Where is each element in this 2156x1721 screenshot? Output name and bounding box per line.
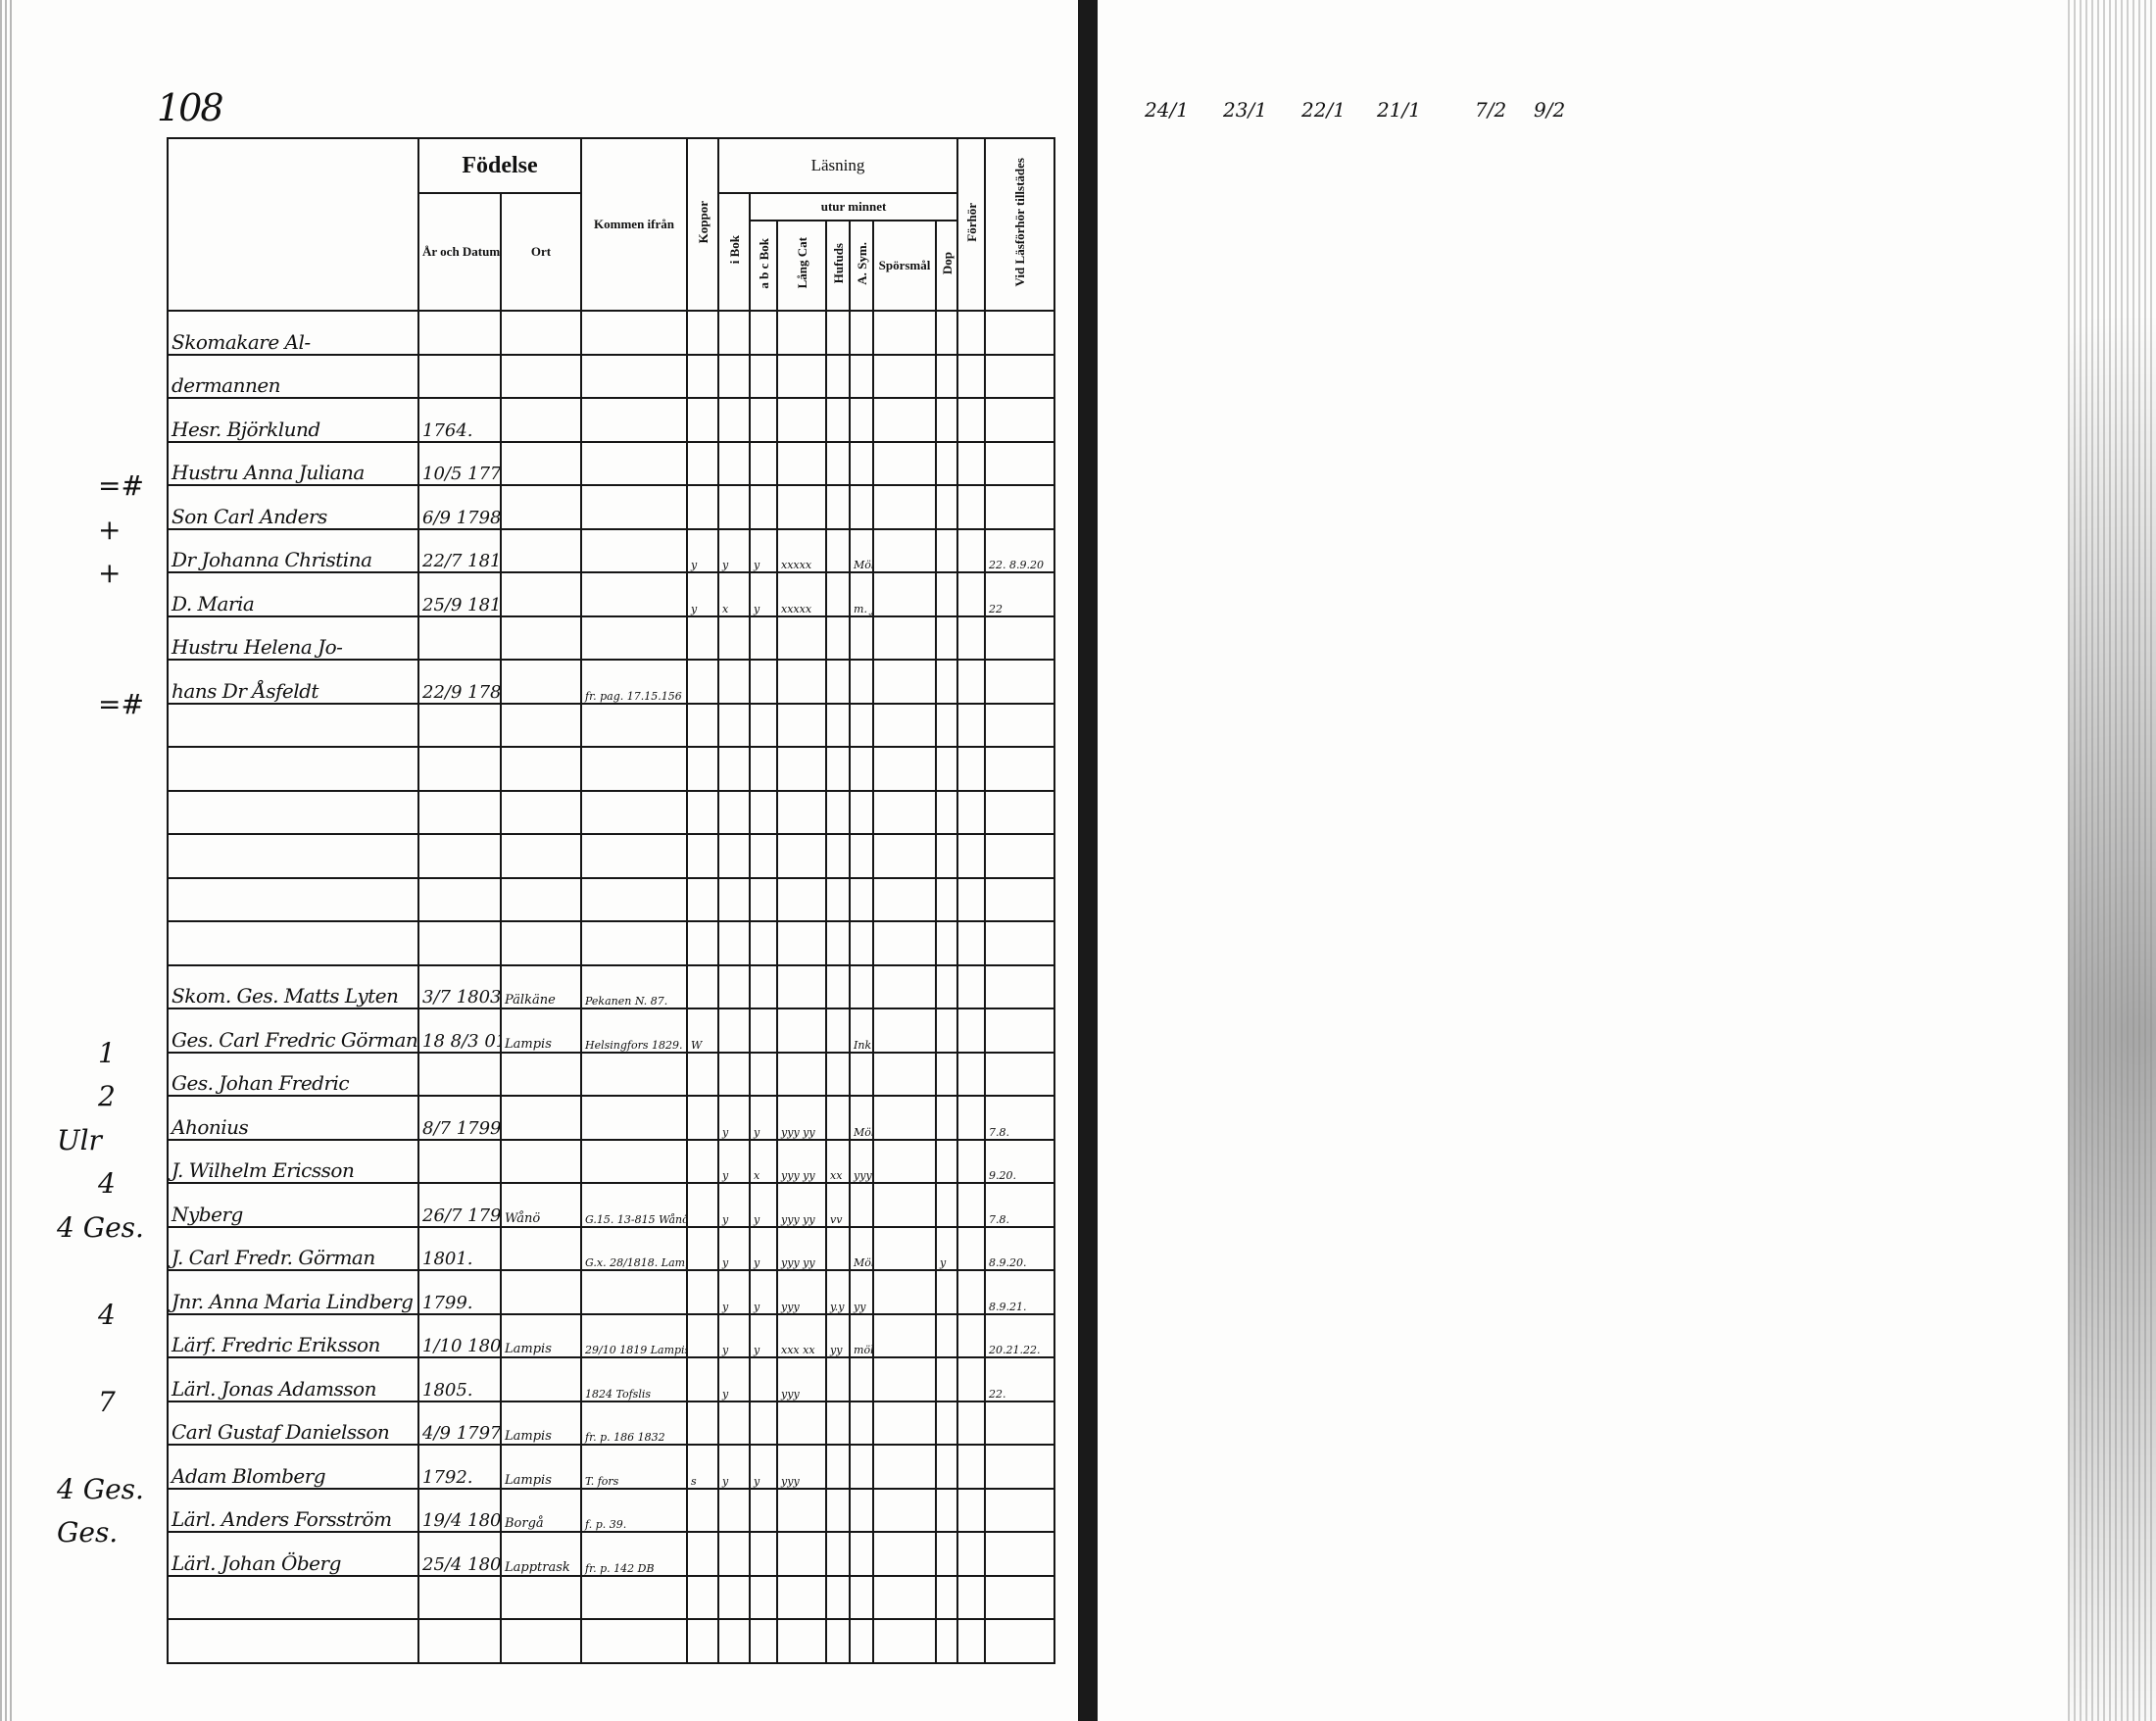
- reading-mark: xxxxx: [777, 572, 826, 616]
- reading-mark: [936, 1008, 957, 1053]
- reading-mark: [777, 311, 826, 355]
- reading-mark: [936, 1096, 957, 1140]
- examination-years: [985, 311, 1054, 355]
- reading-mark: [687, 355, 718, 399]
- reading-mark: y: [718, 1445, 750, 1489]
- reading-mark: [873, 791, 936, 835]
- reading-mark: [718, 791, 750, 835]
- table-row: Ahonius8/7 1799.yyyyy yyMöller c Kap. 77…: [168, 1096, 1054, 1140]
- reading-mark: [750, 965, 777, 1009]
- examination-years: [985, 1532, 1054, 1576]
- reading-mark: [687, 311, 718, 355]
- person-name: Hustru Helena Jo-: [168, 616, 418, 661]
- came-from: [581, 1270, 687, 1314]
- reading-mark: [777, 1008, 826, 1053]
- reading-mark: [826, 442, 850, 486]
- reading-mark: [936, 921, 957, 965]
- reading-mark: [750, 355, 777, 399]
- reading-mark: [750, 660, 777, 704]
- reading-mark: Möller c Kap. 7: [850, 1096, 873, 1140]
- reading-mark: [750, 834, 777, 878]
- reading-mark: [718, 921, 750, 965]
- reading-mark: y: [750, 1183, 777, 1227]
- reading-mark: [826, 1357, 850, 1401]
- reading-mark: vv: [826, 1183, 850, 1227]
- reading-mark: [826, 529, 850, 573]
- came-from: [581, 1619, 687, 1663]
- came-from: [581, 791, 687, 835]
- examination-years: [985, 616, 1054, 661]
- reading-mark: [957, 704, 985, 748]
- table-row: [168, 1619, 1054, 1663]
- reading-mark: [957, 1183, 985, 1227]
- reading-mark: [777, 1489, 826, 1533]
- reading-mark: y: [750, 1314, 777, 1358]
- header-utur-minnet: utur minnet: [750, 193, 957, 221]
- table-row: Hesr. Björklund1764.: [168, 398, 1054, 442]
- came-from: [581, 1053, 687, 1097]
- reading-mark: [936, 529, 957, 573]
- reading-mark: yyy yy: [777, 1140, 826, 1184]
- reading-mark: yy: [850, 1270, 873, 1314]
- reading-mark: [826, 355, 850, 399]
- reading-mark: xxx xx: [777, 1314, 826, 1358]
- birth-date: [418, 616, 501, 661]
- reading-mark: yyy yy: [777, 1183, 826, 1227]
- reading-mark: [873, 834, 936, 878]
- reading-mark: [936, 834, 957, 878]
- reading-mark: [777, 1576, 826, 1620]
- reading-mark: [826, 1576, 850, 1620]
- reading-mark: [718, 1576, 750, 1620]
- reading-mark: [687, 704, 718, 748]
- came-from: T. fors: [581, 1445, 687, 1489]
- birth-place: Pälkäne: [501, 965, 581, 1009]
- examination-years: 8.9.20.: [985, 1227, 1054, 1271]
- reading-mark: y: [718, 529, 750, 573]
- reading-mark: [718, 878, 750, 922]
- header-i-bok: i Bok: [718, 193, 750, 311]
- examination-years: 7.8.: [985, 1183, 1054, 1227]
- reading-mark: [936, 1053, 957, 1097]
- reading-mark: [750, 1576, 777, 1620]
- birth-place: [501, 791, 581, 835]
- reading-mark: [687, 965, 718, 1009]
- birth-place: [501, 442, 581, 486]
- birth-date: [418, 834, 501, 878]
- birth-date: 25/4 1805.: [418, 1532, 501, 1576]
- reading-mark: [718, 747, 750, 791]
- birth-place: Lampis: [501, 1445, 581, 1489]
- birth-place: [501, 1270, 581, 1314]
- page-number: 108: [157, 86, 222, 129]
- header-ort: Ort: [501, 193, 581, 311]
- person-name: [168, 1576, 418, 1620]
- reading-mark: [687, 878, 718, 922]
- reading-mark: y: [750, 529, 777, 573]
- reading-mark: [850, 398, 873, 442]
- reading-mark: [687, 1619, 718, 1663]
- examination-years: [985, 355, 1054, 399]
- reading-mark: [936, 965, 957, 1009]
- reading-mark: [750, 1619, 777, 1663]
- reading-mark: [826, 660, 850, 704]
- came-from: [581, 834, 687, 878]
- reading-mark: [850, 616, 873, 661]
- birth-place: Borgå: [501, 1489, 581, 1533]
- examination-years: [985, 747, 1054, 791]
- margin-annotation: 4: [98, 1167, 116, 1200]
- reading-mark: [873, 965, 936, 1009]
- birth-place: Wånö: [501, 1183, 581, 1227]
- reading-mark: [957, 1619, 985, 1663]
- reading-mark: [850, 1489, 873, 1533]
- reading-mark: y: [687, 529, 718, 573]
- reading-mark: [850, 1183, 873, 1227]
- reading-mark: [826, 1096, 850, 1140]
- birth-date: 18 8/3 01.: [418, 1008, 501, 1053]
- margin-annotation: Ulr: [57, 1124, 102, 1156]
- person-name: Skomakare Al-: [168, 311, 418, 355]
- reading-mark: [936, 791, 957, 835]
- examination-years: 22: [985, 572, 1054, 616]
- reading-mark: [957, 660, 985, 704]
- reading-mark: y: [750, 1227, 777, 1271]
- reading-mark: y: [750, 1096, 777, 1140]
- reading-mark: [718, 1008, 750, 1053]
- birth-place: Lampis: [501, 1008, 581, 1053]
- birth-place: [501, 398, 581, 442]
- reading-mark: [850, 834, 873, 878]
- table-row: Lärl. Anders Forsström19/4 1805.Borgåf. …: [168, 1489, 1054, 1533]
- reading-mark: [957, 747, 985, 791]
- reading-mark: [957, 1401, 985, 1446]
- reading-mark: [777, 834, 826, 878]
- reading-mark: [687, 921, 718, 965]
- reading-mark: [750, 1357, 777, 1401]
- examination-years: [985, 1401, 1054, 1446]
- reading-mark: [850, 1357, 873, 1401]
- reading-mark: [873, 398, 936, 442]
- reading-mark: [777, 1619, 826, 1663]
- birth-place: Lampis: [501, 1401, 581, 1446]
- reading-mark: [687, 1576, 718, 1620]
- reading-mark: [957, 791, 985, 835]
- reading-mark: W: [687, 1008, 718, 1053]
- reading-mark: yyy: [777, 1357, 826, 1401]
- reading-mark: [826, 1053, 850, 1097]
- birth-place: [501, 878, 581, 922]
- reading-mark: [936, 1314, 957, 1358]
- reading-mark: [957, 616, 985, 661]
- reading-mark: [936, 878, 957, 922]
- came-from: [581, 442, 687, 486]
- came-from: fr. p. 186 1832: [581, 1401, 687, 1446]
- reading-mark: [873, 1227, 936, 1271]
- reading-mark: [850, 965, 873, 1009]
- birth-place: [501, 660, 581, 704]
- table-row: Son Carl Anders6/9 1798.: [168, 485, 1054, 529]
- reading-mark: [873, 660, 936, 704]
- reading-mark: [750, 485, 777, 529]
- person-name: hans Dr Åsfeldt: [168, 660, 418, 704]
- person-name: Ahonius: [168, 1096, 418, 1140]
- examination-years: [985, 1619, 1054, 1663]
- reading-mark: [687, 1053, 718, 1097]
- communion-date-note: 23/1: [1223, 98, 1267, 122]
- reading-mark: [777, 355, 826, 399]
- reading-mark: [718, 616, 750, 661]
- margin-annotation: =#: [98, 688, 144, 720]
- reading-mark: [850, 1445, 873, 1489]
- reading-mark: Möller: [850, 529, 873, 573]
- reading-mark: [873, 1619, 936, 1663]
- reading-mark: [873, 1445, 936, 1489]
- person-name: [168, 834, 418, 878]
- reading-mark: y: [718, 1096, 750, 1140]
- reading-mark: [873, 311, 936, 355]
- person-name: Jnr. Anna Maria Lindberg: [168, 1270, 418, 1314]
- reading-mark: [826, 1619, 850, 1663]
- reading-mark: [873, 1096, 936, 1140]
- reading-mark: [826, 834, 850, 878]
- reading-mark: [750, 921, 777, 965]
- reading-mark: [873, 1270, 936, 1314]
- reading-mark: [718, 1619, 750, 1663]
- reading-mark: [718, 834, 750, 878]
- reading-mark: [936, 616, 957, 661]
- reading-mark: [873, 442, 936, 486]
- reading-mark: [936, 1140, 957, 1184]
- reading-mark: [957, 529, 985, 573]
- reading-mark: [936, 311, 957, 355]
- left-table-header: Födelse Kommen ifrån Koppor Läsning Förh…: [168, 138, 1054, 311]
- table-row: Lärl. Jonas Adamsson1805.1824 Tofslisyyy…: [168, 1357, 1054, 1401]
- communion-date-note: 24/1: [1145, 98, 1189, 122]
- scan-edge-left: [0, 0, 14, 1721]
- reading-mark: [750, 1008, 777, 1053]
- reading-mark: y: [718, 1227, 750, 1271]
- birth-place: [501, 311, 581, 355]
- reading-mark: [718, 1053, 750, 1097]
- reading-mark: [718, 1532, 750, 1576]
- came-from: [581, 572, 687, 616]
- reading-mark: [826, 921, 850, 965]
- reading-mark: [957, 878, 985, 922]
- reading-mark: [777, 704, 826, 748]
- came-from: [581, 355, 687, 399]
- person-name: Lärf. Fredric Eriksson: [168, 1314, 418, 1358]
- reading-mark: [826, 1445, 850, 1489]
- reading-mark: [873, 1140, 936, 1184]
- table-row: Dr Johanna Christina22/7 1810.yyyxxxxxMö…: [168, 529, 1054, 573]
- examination-years: 9.20.: [985, 1140, 1054, 1184]
- table-row: [168, 704, 1054, 748]
- birth-date: [418, 704, 501, 748]
- examination-years: [985, 442, 1054, 486]
- header-lang-cat: Lång Cat: [777, 221, 826, 311]
- table-row: [168, 1576, 1054, 1620]
- reading-mark: [957, 1489, 985, 1533]
- reading-mark: [873, 616, 936, 661]
- reading-mark: [936, 355, 957, 399]
- reading-mark: [750, 791, 777, 835]
- reading-mark: [750, 1489, 777, 1533]
- reading-mark: [936, 1357, 957, 1401]
- header-forhor: Förhör: [957, 138, 985, 311]
- reading-mark: [777, 878, 826, 922]
- header-kommen-ifran: Kommen ifrån: [581, 138, 687, 311]
- birth-date: [418, 878, 501, 922]
- reading-mark: [826, 311, 850, 355]
- reading-mark: [687, 1357, 718, 1401]
- margin-annotation: 4: [98, 1299, 116, 1331]
- reading-mark: [850, 355, 873, 399]
- examination-years: [985, 965, 1054, 1009]
- reading-mark: y: [687, 572, 718, 616]
- birth-date: [418, 1576, 501, 1620]
- birth-place: [501, 572, 581, 616]
- reading-mark: [957, 398, 985, 442]
- reading-mark: [957, 1576, 985, 1620]
- reading-mark: [850, 311, 873, 355]
- reading-mark: [936, 1619, 957, 1663]
- reading-mark: [957, 834, 985, 878]
- reading-mark: [936, 1401, 957, 1446]
- reading-mark: [826, 747, 850, 791]
- reading-mark: [873, 572, 936, 616]
- reading-mark: y: [718, 1357, 750, 1401]
- header-sporsmal: Spörsmål: [873, 221, 936, 311]
- reading-mark: [936, 1445, 957, 1489]
- birth-date: [418, 1053, 501, 1097]
- came-from: [581, 616, 687, 661]
- reading-mark: [850, 921, 873, 965]
- came-from: G.15. 13-815 Wånö: [581, 1183, 687, 1227]
- reading-mark: m. Jean x: [850, 572, 873, 616]
- reading-mark: [750, 1532, 777, 1576]
- table-row: Adam Blomberg1792.LampisT. forssyyyyy: [168, 1445, 1054, 1489]
- reading-mark: [687, 1314, 718, 1358]
- came-from: fr. pag. 17.15.156: [581, 660, 687, 704]
- person-name: D. Maria: [168, 572, 418, 616]
- birth-date: [418, 921, 501, 965]
- reading-mark: [777, 965, 826, 1009]
- reading-mark: [873, 747, 936, 791]
- reading-mark: [957, 921, 985, 965]
- reading-mark: x: [750, 1140, 777, 1184]
- birth-place: [501, 1227, 581, 1271]
- reading-mark: [750, 1053, 777, 1097]
- header-vid-lasforhor: Vid Läsförhör tillstädes: [985, 138, 1054, 311]
- reading-mark: [957, 1445, 985, 1489]
- birth-date: 4/9 1797.: [418, 1401, 501, 1446]
- reading-mark: y: [718, 1183, 750, 1227]
- reading-mark: yy: [826, 1314, 850, 1358]
- birth-date: 1764.: [418, 398, 501, 442]
- came-from: [581, 921, 687, 965]
- person-name: [168, 921, 418, 965]
- person-name: Lärl. Jonas Adamsson: [168, 1357, 418, 1401]
- reading-mark: [850, 1619, 873, 1663]
- came-from: Pekanen N. 87.: [581, 965, 687, 1009]
- reading-mark: [957, 1314, 985, 1358]
- person-name: Hesr. Björklund: [168, 398, 418, 442]
- reading-mark: [957, 965, 985, 1009]
- person-name: Ges. Johan Fredric: [168, 1053, 418, 1097]
- reading-mark: [873, 529, 936, 573]
- reading-mark: [750, 311, 777, 355]
- came-from: 29/10 1819 Lampis: [581, 1314, 687, 1358]
- reading-mark: [687, 834, 718, 878]
- name-column-header: [168, 138, 418, 311]
- reading-mark: [957, 1053, 985, 1097]
- reading-mark: [850, 878, 873, 922]
- came-from: [581, 747, 687, 791]
- birth-place: [501, 1357, 581, 1401]
- birth-date: 25/9 1813.: [418, 572, 501, 616]
- reading-mark: [777, 791, 826, 835]
- reading-mark: [936, 1576, 957, 1620]
- came-from: [581, 485, 687, 529]
- examination-years: [985, 485, 1054, 529]
- birth-date: 22/9 1785.: [418, 660, 501, 704]
- birth-date: 26/7 1798.: [418, 1183, 501, 1227]
- person-name: [168, 747, 418, 791]
- reading-mark: y.y: [826, 1270, 850, 1314]
- reading-mark: [687, 660, 718, 704]
- examination-years: [985, 1576, 1054, 1620]
- scan-edge-right: [2068, 0, 2156, 1721]
- birth-place: [501, 747, 581, 791]
- margin-annotation: +: [98, 514, 121, 546]
- reading-mark: [750, 747, 777, 791]
- reading-mark: [850, 442, 873, 486]
- person-name: Skom. Ges. Matts Lyten: [168, 965, 418, 1009]
- reading-mark: [718, 1489, 750, 1533]
- book-spine-gutter: [1078, 0, 1100, 1721]
- header-dop: Dop: [936, 221, 957, 311]
- reading-mark: [777, 1053, 826, 1097]
- communion-date-note: 22/1: [1301, 98, 1346, 122]
- table-row: Skom. Ges. Matts Lyten3/7 1803.PälkänePe…: [168, 965, 1054, 1009]
- table-row: D. Maria25/9 1813.yxyxxxxxm. Jean x22: [168, 572, 1054, 616]
- reading-mark: [687, 616, 718, 661]
- birth-place: Lampis: [501, 1314, 581, 1358]
- person-name: Carl Gustaf Danielsson: [168, 1401, 418, 1446]
- reading-mark: [777, 398, 826, 442]
- birth-date: 22/7 1810.: [418, 529, 501, 573]
- person-name: J. Carl Fredr. Görman: [168, 1227, 418, 1271]
- reading-mark: [687, 1227, 718, 1271]
- examination-years: [985, 878, 1054, 922]
- reading-mark: [826, 1532, 850, 1576]
- table-row: Nyberg26/7 1798.WånöG.15. 13-815 Wånöyyy…: [168, 1183, 1054, 1227]
- birth-date: [418, 1140, 501, 1184]
- header-abc-bok: a b c Bok: [750, 221, 777, 311]
- margin-annotation: Ges.: [57, 1516, 118, 1549]
- reading-mark: [850, 747, 873, 791]
- reading-mark: [957, 1270, 985, 1314]
- reading-mark: [777, 660, 826, 704]
- birth-place: [501, 1576, 581, 1620]
- reading-mark: [687, 791, 718, 835]
- birth-date: 19/4 1805.: [418, 1489, 501, 1533]
- reading-mark: [826, 965, 850, 1009]
- birth-place: [501, 1619, 581, 1663]
- reading-mark: [718, 442, 750, 486]
- person-name: J. Wilhelm Ericsson: [168, 1140, 418, 1184]
